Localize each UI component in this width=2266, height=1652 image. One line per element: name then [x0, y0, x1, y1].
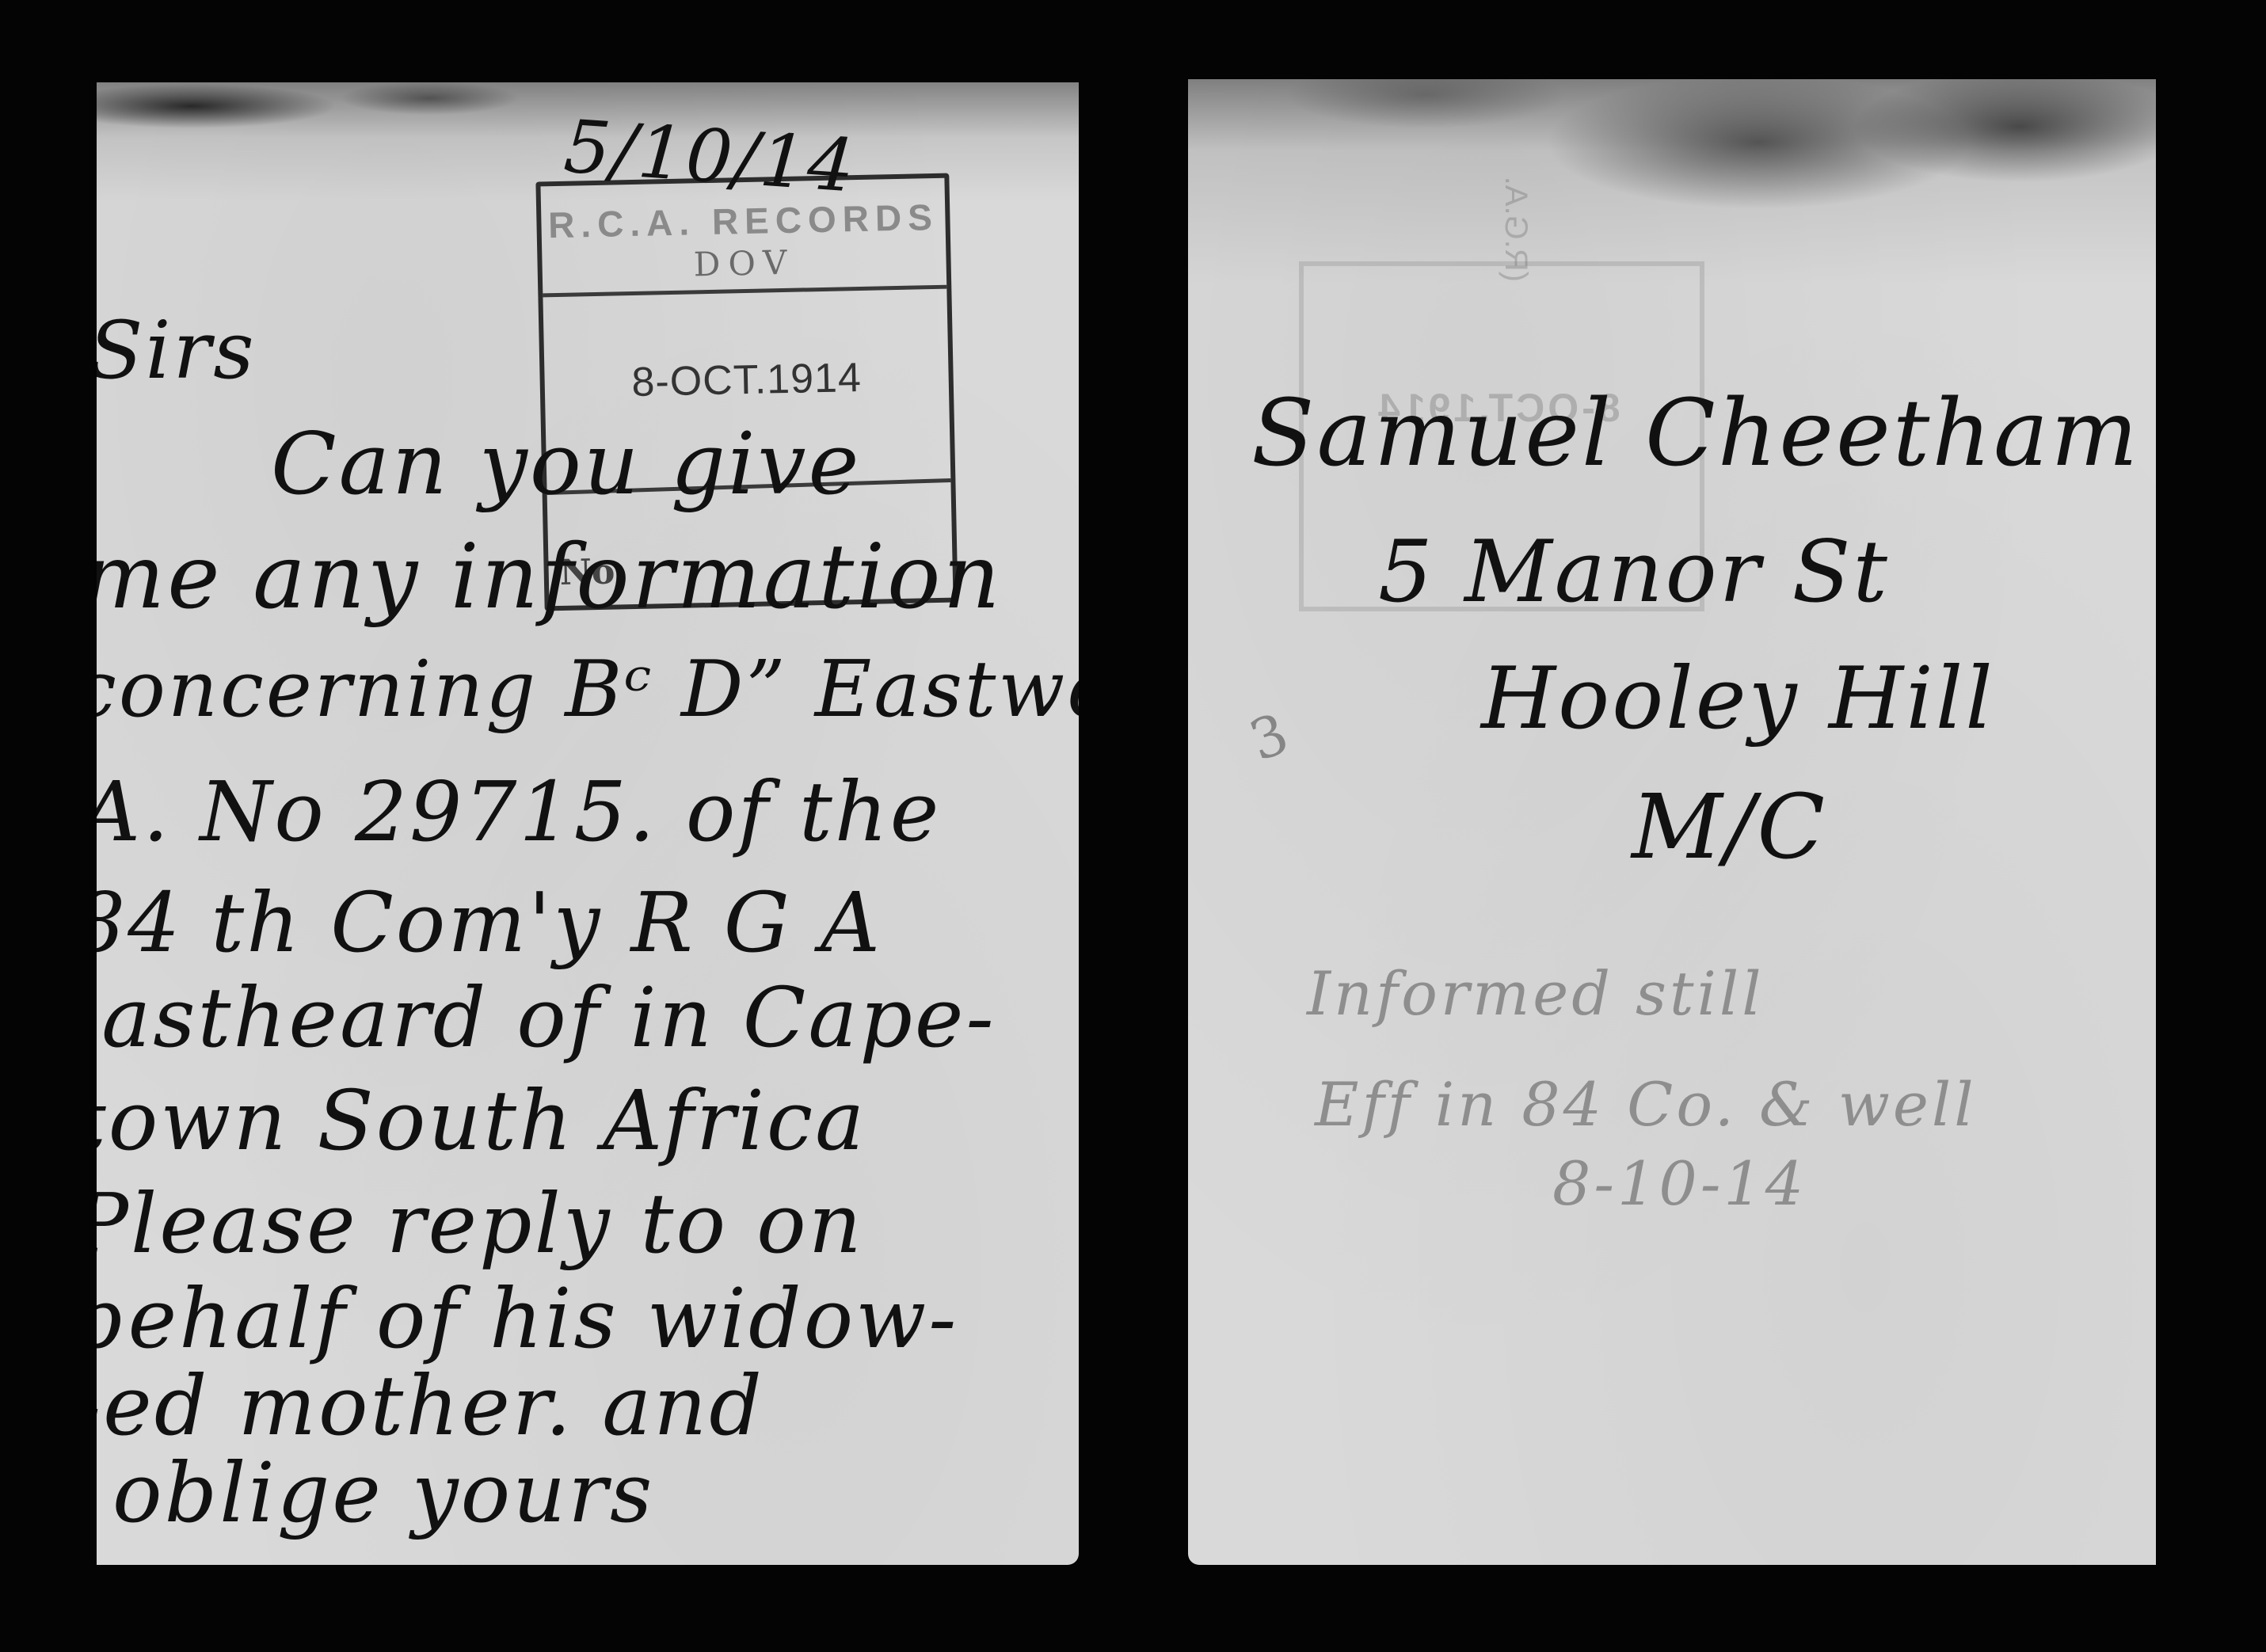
letter-line: me any information [97, 526, 1003, 629]
offset-stamp-vertical-text: (R.G.A. [1498, 177, 1533, 282]
postcard-back: 8-OCT.1914 (R.G.A. 3 Samuel Cheetham 5 M… [1188, 79, 2156, 1565]
letter-line: A. No 29715. of the [97, 763, 941, 860]
stamp-header: R.C.A. RECORDS [541, 196, 946, 247]
address-name: Samuel Cheetham [1251, 380, 2140, 487]
address-town: Hooley Hill [1481, 649, 1995, 748]
address-city: M/C [1632, 776, 1827, 879]
letter-line: concerning Bᶜ D” Eastwood [97, 645, 1079, 735]
letter-line-salutation: Sirs [97, 304, 257, 397]
stamp-divider [543, 285, 946, 298]
letter-line: -ed mother. and [97, 1357, 764, 1454]
pencil-note-line: Informed still [1307, 958, 1765, 1029]
letter-line: Can you give [271, 415, 861, 514]
pencil-note-date: 8-10-14 [1552, 1148, 1807, 1219]
letter-line: town South Africa [97, 1072, 866, 1169]
pencil-note-line: Eff in 84 Co. & well [1315, 1069, 1977, 1140]
letter-line: lastheard of in Cape- [97, 969, 996, 1066]
offset-mark: 3 [1241, 701, 1297, 774]
letter-line: behalf of his widow- [97, 1270, 958, 1367]
letter-line: Please reply to on [97, 1175, 864, 1272]
letter-line-closing: oblige yours [112, 1445, 654, 1541]
address-street: 5 Manor St [1378, 523, 1890, 622]
postcard-front: R.C.A. RECORDS DOV 8-OCT.1914 No. 5/10/1… [97, 82, 1079, 1565]
letter-line: 84 th Com'y R G A [97, 874, 882, 971]
stamp-location: DOV [542, 240, 946, 287]
stamp-date: 8-OCT.1914 [544, 352, 949, 409]
